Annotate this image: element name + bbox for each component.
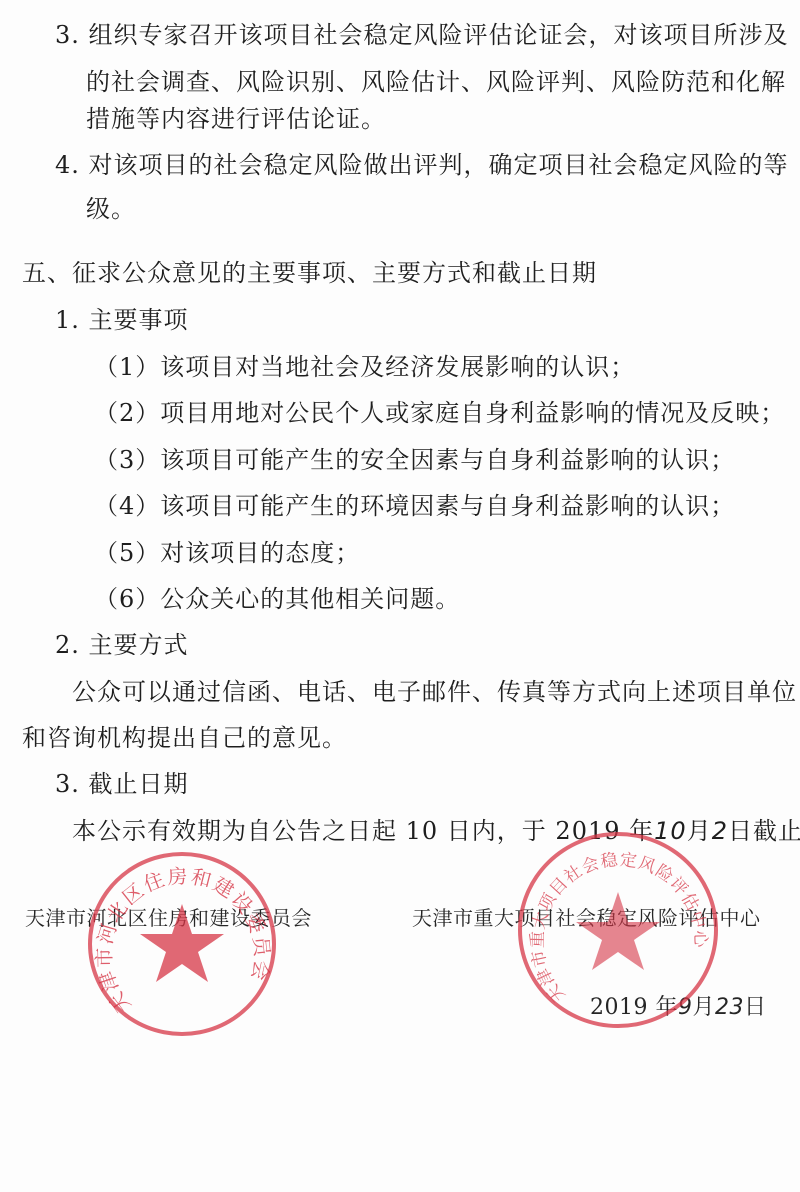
svg-text:天津市河北区住房和建设委员会: 天津市河北区住房和建设委员会	[92, 864, 272, 1018]
sub1-item-2: （2）项目用地对公民个人或家庭自身利益影响的情况及反映；	[94, 398, 785, 428]
sub1-item-1: （1）该项目对当地社会及经济发展影响的认识；	[94, 352, 635, 382]
sub1-item-3: （3）该项目可能产生的安全因素与自身利益影响的认识；	[94, 445, 735, 475]
date-month-handwritten: 9	[678, 995, 693, 1020]
deadline-mid: 月	[687, 817, 712, 845]
sub1-item-5: （5）对该项目的态度；	[94, 538, 360, 568]
date-suffix: 日	[744, 995, 767, 1020]
sub1-item-4: （4）该项目可能产生的环境因素与自身利益影响的认识；	[94, 491, 735, 521]
deadline-sentence: 本公示有效期为自公告之日起 10 日内，于 2019 年10月2日截止。	[72, 816, 800, 846]
signature-date: 2019 年9月23日	[590, 995, 767, 1021]
item-3-line-2: 的社会调查、风险识别、风险估计、风险评判、风险防范和化解	[86, 67, 786, 97]
seal-star-icon: 天津市河北区住房和建设委员会	[92, 856, 272, 1032]
sub2-heading: 2. 主要方式	[55, 630, 189, 660]
deadline-month-handwritten: 10	[654, 817, 687, 845]
sub2-line-2: 和咨询机构提出自己的意见。	[22, 723, 347, 753]
sub1-item-6: （6）公众关心的其他相关问题。	[94, 584, 460, 614]
sub1-heading: 1. 主要事项	[55, 305, 189, 335]
seal-left-text: 天津市河北区住房和建设委员会	[92, 864, 272, 1018]
deadline-suffix: 日截止。	[728, 817, 800, 845]
item-4-line-1: 4. 对该项目的社会稳定风险做出评判，确定项目社会稳定风险的等	[55, 150, 789, 180]
signature-right-org: 天津市重大项目社会稳定风险评估中心	[412, 905, 761, 931]
section-five-heading: 五、征求公众意见的主要事项、主要方式和截止日期	[22, 258, 597, 288]
sub2-line-1: 公众可以通过信函、电话、电子邮件、传真等方式向上述项目单位	[72, 677, 797, 707]
signature-left-org: 天津市河北区住房和建设委员会	[25, 905, 312, 931]
item-number: 4.	[55, 151, 80, 179]
item-3-line-3: 措施等内容进行评估论证。	[86, 104, 386, 134]
item-text: 组织专家召开该项目社会稳定风险评估论证会，对该项目所涉及	[89, 21, 789, 49]
sub3-heading: 3. 截止日期	[55, 769, 189, 799]
deadline-prefix: 本公示有效期为自公告之日起 10 日内，于 2019 年	[72, 817, 654, 845]
document-page: 3. 组织专家召开该项目社会稳定风险评估论证会，对该项目所涉及 的社会调查、风险…	[0, 0, 800, 1192]
item-text: 对该项目的社会稳定风险做出评判，确定项目社会稳定风险的等	[89, 151, 789, 179]
date-mid: 月	[692, 995, 715, 1020]
date-day-handwritten: 23	[715, 995, 744, 1020]
item-3-line-1: 3. 组织专家召开该项目社会稳定风险评估论证会，对该项目所涉及	[55, 20, 789, 50]
item-4-line-2: 级。	[86, 194, 136, 224]
date-prefix: 2019 年	[590, 995, 678, 1020]
deadline-day-handwritten: 2	[712, 817, 728, 845]
item-number: 3.	[55, 21, 80, 49]
official-seal-left: 天津市河北区住房和建设委员会	[88, 852, 276, 1036]
